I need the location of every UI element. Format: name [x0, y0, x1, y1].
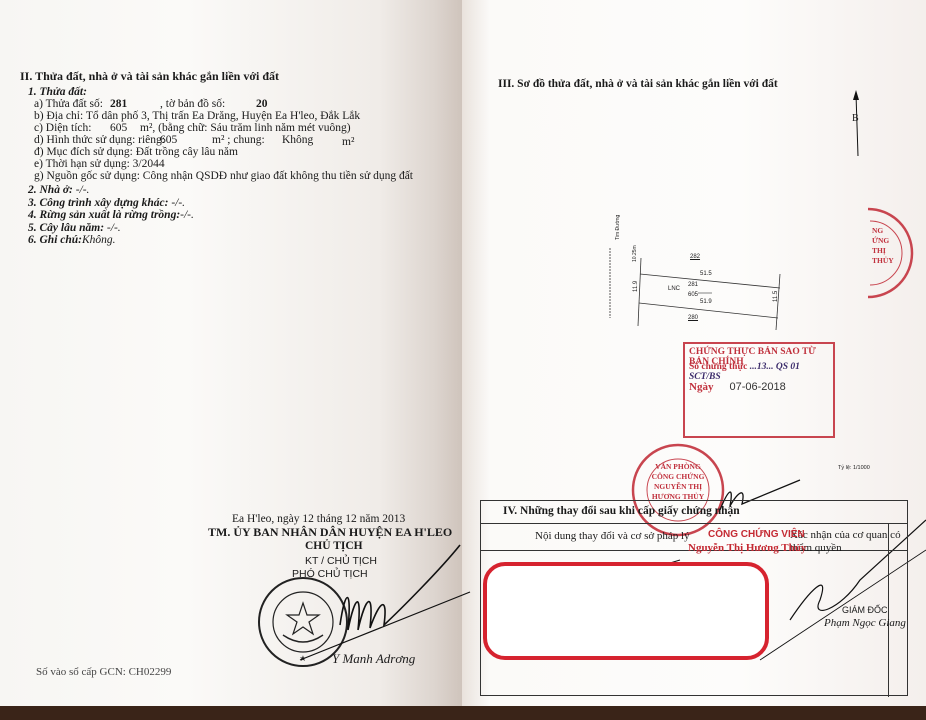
north-arrow-icon: [846, 90, 866, 160]
side-seal-line: NG: [872, 226, 894, 236]
side-seal-line: THỦY: [872, 256, 894, 266]
property-item: 4. Rừng sản xuất là rừng trồng:-/-.: [28, 209, 194, 222]
desk-background: [0, 706, 926, 720]
north-label: B: [852, 112, 859, 125]
issuing-org: TM. ỦY BAN NHÂN DÂN HUYỆN EA H'LEO: [208, 526, 452, 539]
certify-date: Ngày07-06-2018: [689, 381, 786, 393]
usage-shared-value: Không: [282, 134, 313, 147]
bottom-edge-length: 51.9: [700, 296, 712, 309]
certify-date-value: 07-06-2018: [729, 381, 785, 393]
registry-number: Số vào sổ cấp GCN: CH02299: [36, 666, 171, 679]
property-item-label: 2. Nhà ở:: [28, 184, 73, 196]
property-item-value: -/-.: [168, 197, 185, 209]
side-seal-line: ỨNG: [872, 236, 894, 246]
signature-left: [300, 540, 470, 670]
land-code: LNC: [668, 283, 680, 296]
section-iv-title: IV. Những thay đổi sau khi cấp giấy chứn…: [503, 505, 740, 518]
changes-col1-header: Nội dung thay đổi và cơ sở pháp lý: [535, 530, 690, 543]
property-item-label: 3. Công trình xây dựng khác:: [28, 197, 168, 209]
property-item-label: 6. Ghi chú:: [28, 234, 82, 246]
property-item-label: 5. Cây lâu năm:: [28, 222, 104, 234]
notary-role: CÔNG CHỨNG VIÊN: [708, 528, 805, 541]
property-item: 3. Công trình xây dựng khác: -/-.: [28, 197, 185, 210]
right-edge-length: 11.5: [770, 291, 783, 302]
property-item-value: -/-.: [73, 184, 90, 196]
director-name: Phạm Ngọc Giang: [824, 617, 906, 630]
property-item-value: -/-.: [180, 209, 194, 221]
certify-number: Số chứng thực ...13... QS 01 SCT/BS: [689, 362, 833, 382]
redacted-content-box: [483, 562, 769, 660]
side-seal-line: THỊ: [872, 246, 894, 256]
certify-number-label: Số chứng thực: [689, 362, 747, 372]
north-neighbor-parcel: 282: [690, 251, 700, 264]
property-item: 6. Ghi chú:Không.: [28, 234, 116, 247]
top-edge-length: 51.5: [700, 268, 712, 281]
property-item-value: -/-.: [104, 222, 121, 234]
property-item-value: Không.: [82, 234, 116, 246]
usage-shared-unit: m²: [342, 136, 354, 149]
road-distance: 10.25m: [629, 245, 642, 262]
certified-copy-stamp: CHỨNG THỰC BẢN SAO TỪ BẢN CHÍNH Số chứng…: [683, 342, 835, 438]
section-ii-title: II. Thửa đất, nhà ở và tài sản khác gắn …: [20, 70, 279, 83]
property-item-label: 4. Rừng sản xuất là rừng trồng:: [28, 209, 180, 221]
road-label: Tim Đường: [612, 215, 625, 240]
south-neighbor-parcel: 280: [688, 312, 698, 325]
certify-date-label: Ngày: [689, 381, 713, 393]
notary-name: Nguyễn Thị Hương Thủy: [688, 542, 806, 555]
section-iii-title: III. Sơ đồ thửa đất, nhà ở và tài sản kh…: [498, 78, 778, 91]
property-item: 5. Cây lâu năm: -/-.: [28, 222, 121, 235]
usage-origin: g) Nguồn gốc sử dụng: Công nhận QSDĐ như…: [34, 170, 413, 183]
director-role: GIÁM ĐỐC: [842, 604, 888, 617]
parcel-area-diagram: 605: [688, 289, 698, 302]
side-seal-text: NGỨNGTHỊTHỦY: [872, 226, 894, 266]
changes-col2-header: Xác nhận của cơ quan có thẩm quyền: [790, 529, 914, 555]
property-item: 2. Nhà ở: -/-.: [28, 184, 89, 197]
left-edge-length: 11.9: [630, 281, 643, 292]
